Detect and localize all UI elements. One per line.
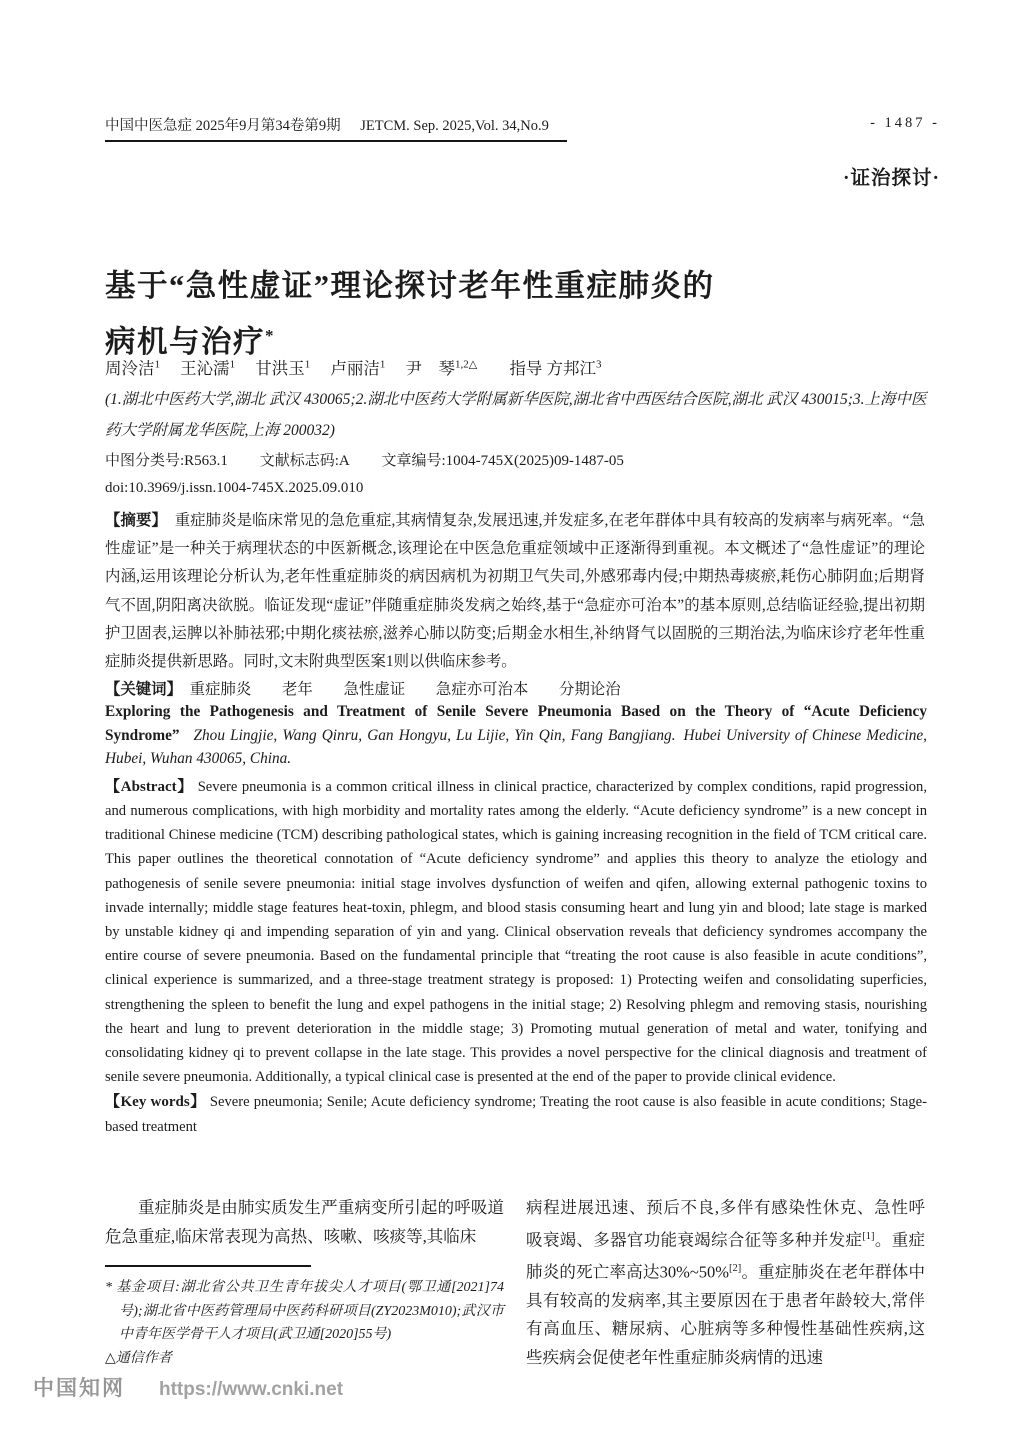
abstract-text-en: Severe pneumonia is a common critical il… (105, 779, 927, 1085)
chinese-abstract: 【摘要】 重症肺炎是临床常见的急危重症,其病情复杂,发展迅速,并发症多,在老年群… (105, 507, 925, 676)
cnki-url: https://www.cnki.net (159, 1379, 343, 1400)
footnote-block: * 基金项目:湖北省公共卫生青年拔尖人才项目(鄂卫通[2021]74号);湖北省… (105, 1276, 504, 1370)
english-authors: Zhou Lingjie, Wang Qinru, Gan Hongyu, Lu… (194, 727, 676, 744)
title-footnote-mark: * (265, 326, 275, 345)
clc-number: 中图分类号:R563.1 (105, 453, 228, 469)
keywords-label-en: 【Key words】 (105, 1094, 206, 1110)
author: 王沁濡1 (180, 359, 235, 378)
english-abstract: 【Abstract】 Severe pneumonia is a common … (105, 775, 927, 1090)
page-header: 中国中医急症 2025年9月第34卷第9期 JETCM. Sep. 2025,V… (105, 114, 940, 142)
left-column: 重症肺炎是由肺实质发生严重病变所引起的呼吸道危急重症,临床常表现为高热、咳嗽、咳… (105, 1194, 504, 1373)
document-code: 文献标志码:A (260, 453, 350, 469)
footnote-rule (105, 1265, 311, 1267)
corresponding-author-note: △通信作者 (105, 1347, 504, 1371)
page-number: - 1487 - (870, 115, 940, 132)
journal-page: 中国中医急症 2025年9月第34卷第9期 JETCM. Sep. 2025,V… (0, 0, 1020, 1431)
keywords-items-cn: 重症肺炎 老年 急性虚证 急症亦可治本 分期论治 (190, 681, 621, 698)
affiliation: (1.湖北中医药大学,湖北 武汉 430065;2.湖北中医药大学附属新华医院,… (105, 385, 927, 446)
abstract-label-cn: 【摘要】 (105, 512, 159, 529)
author: 卢丽洁1 (330, 359, 385, 378)
section-column-label: ·证治探讨· (843, 162, 940, 190)
article-meta: 中图分类号:R563.1 文献标志码:A 文章编号:1004-745X(2025… (105, 449, 624, 470)
funding-note: * 基金项目:湖北省公共卫生青年拔尖人才项目(鄂卫通[2021]74号);湖北省… (105, 1276, 504, 1347)
article-title-line1: 基于“急性虚证”理论探讨老年性重症肺炎的 (105, 269, 715, 303)
cnki-watermark: 中国知网 https://www.cnki.net (33, 1372, 343, 1402)
author: 周泠洁1 (105, 359, 160, 378)
author: 尹 琴1,2△ (406, 359, 478, 378)
author-advisor: 指导 方邦江3 (509, 359, 601, 378)
english-keywords: 【Key words】 Severe pneumonia; Senile; Ac… (105, 1090, 927, 1139)
author: 甘洪玉1 (255, 359, 310, 378)
journal-masthead: 中国中医急症 2025年9月第34卷第9期 JETCM. Sep. 2025,V… (105, 114, 567, 142)
english-block: Exploring the Pathogenesis and Treatment… (105, 700, 927, 1139)
citation-1: [1] (862, 1231, 874, 1242)
article-title: 基于“急性虚证”理论探讨老年性重症肺炎的 病机与治疗* (105, 262, 927, 367)
intro-paragraph-left: 重症肺炎是由肺实质发生严重病变所引起的呼吸道危急重症,临床常表现为高热、咳嗽、咳… (105, 1194, 504, 1251)
doi: doi:10.3969/j.issn.1004-745X.2025.09.010 (105, 480, 363, 497)
keywords-label-cn: 【关键词】 (105, 681, 174, 698)
keywords-text-en: Severe pneumonia; Senile; Acute deficien… (105, 1094, 927, 1134)
cnki-logo-text: 中国知网 (33, 1376, 125, 1400)
journal-name-cn: 中国中医急症 2025年9月第34卷第9期 (105, 118, 341, 134)
abstract-text-cn: 重症肺炎是临床常见的急危重症,其病情复杂,发展迅速,并发症多,在老年群体中具有较… (105, 512, 925, 670)
journal-name-en: JETCM. Sep. 2025,Vol. 34,No.9 (360, 118, 549, 134)
chinese-abstract-block: 【摘要】 重症肺炎是临床常见的急危重症,其病情复杂,发展迅速,并发症多,在老年群… (105, 507, 925, 704)
citation-2: [2] (729, 1263, 741, 1274)
abstract-label-en: 【Abstract】 (105, 779, 193, 795)
body-columns: 重症肺炎是由肺实质发生严重病变所引起的呼吸道危急重症,临床常表现为高热、咳嗽、咳… (105, 1194, 925, 1373)
intro-paragraph-right: 病程进展迅速、预后不良,多伴有感染性休克、急性呼吸衰竭、多器官功能衰竭综合征等多… (526, 1194, 925, 1373)
english-title-line: Exploring the Pathogenesis and Treatment… (105, 700, 927, 771)
right-column: 病程进展迅速、预后不良,多伴有感染性休克、急性呼吸衰竭、多器官功能衰竭综合征等多… (526, 1194, 925, 1373)
article-number: 文章编号:1004-745X(2025)09-1487-05 (381, 453, 623, 469)
author-line: 周泠洁1 王沁濡1 甘洪玉1 卢丽洁1 尹 琴1,2△ 指导 方邦江3 (105, 355, 927, 379)
